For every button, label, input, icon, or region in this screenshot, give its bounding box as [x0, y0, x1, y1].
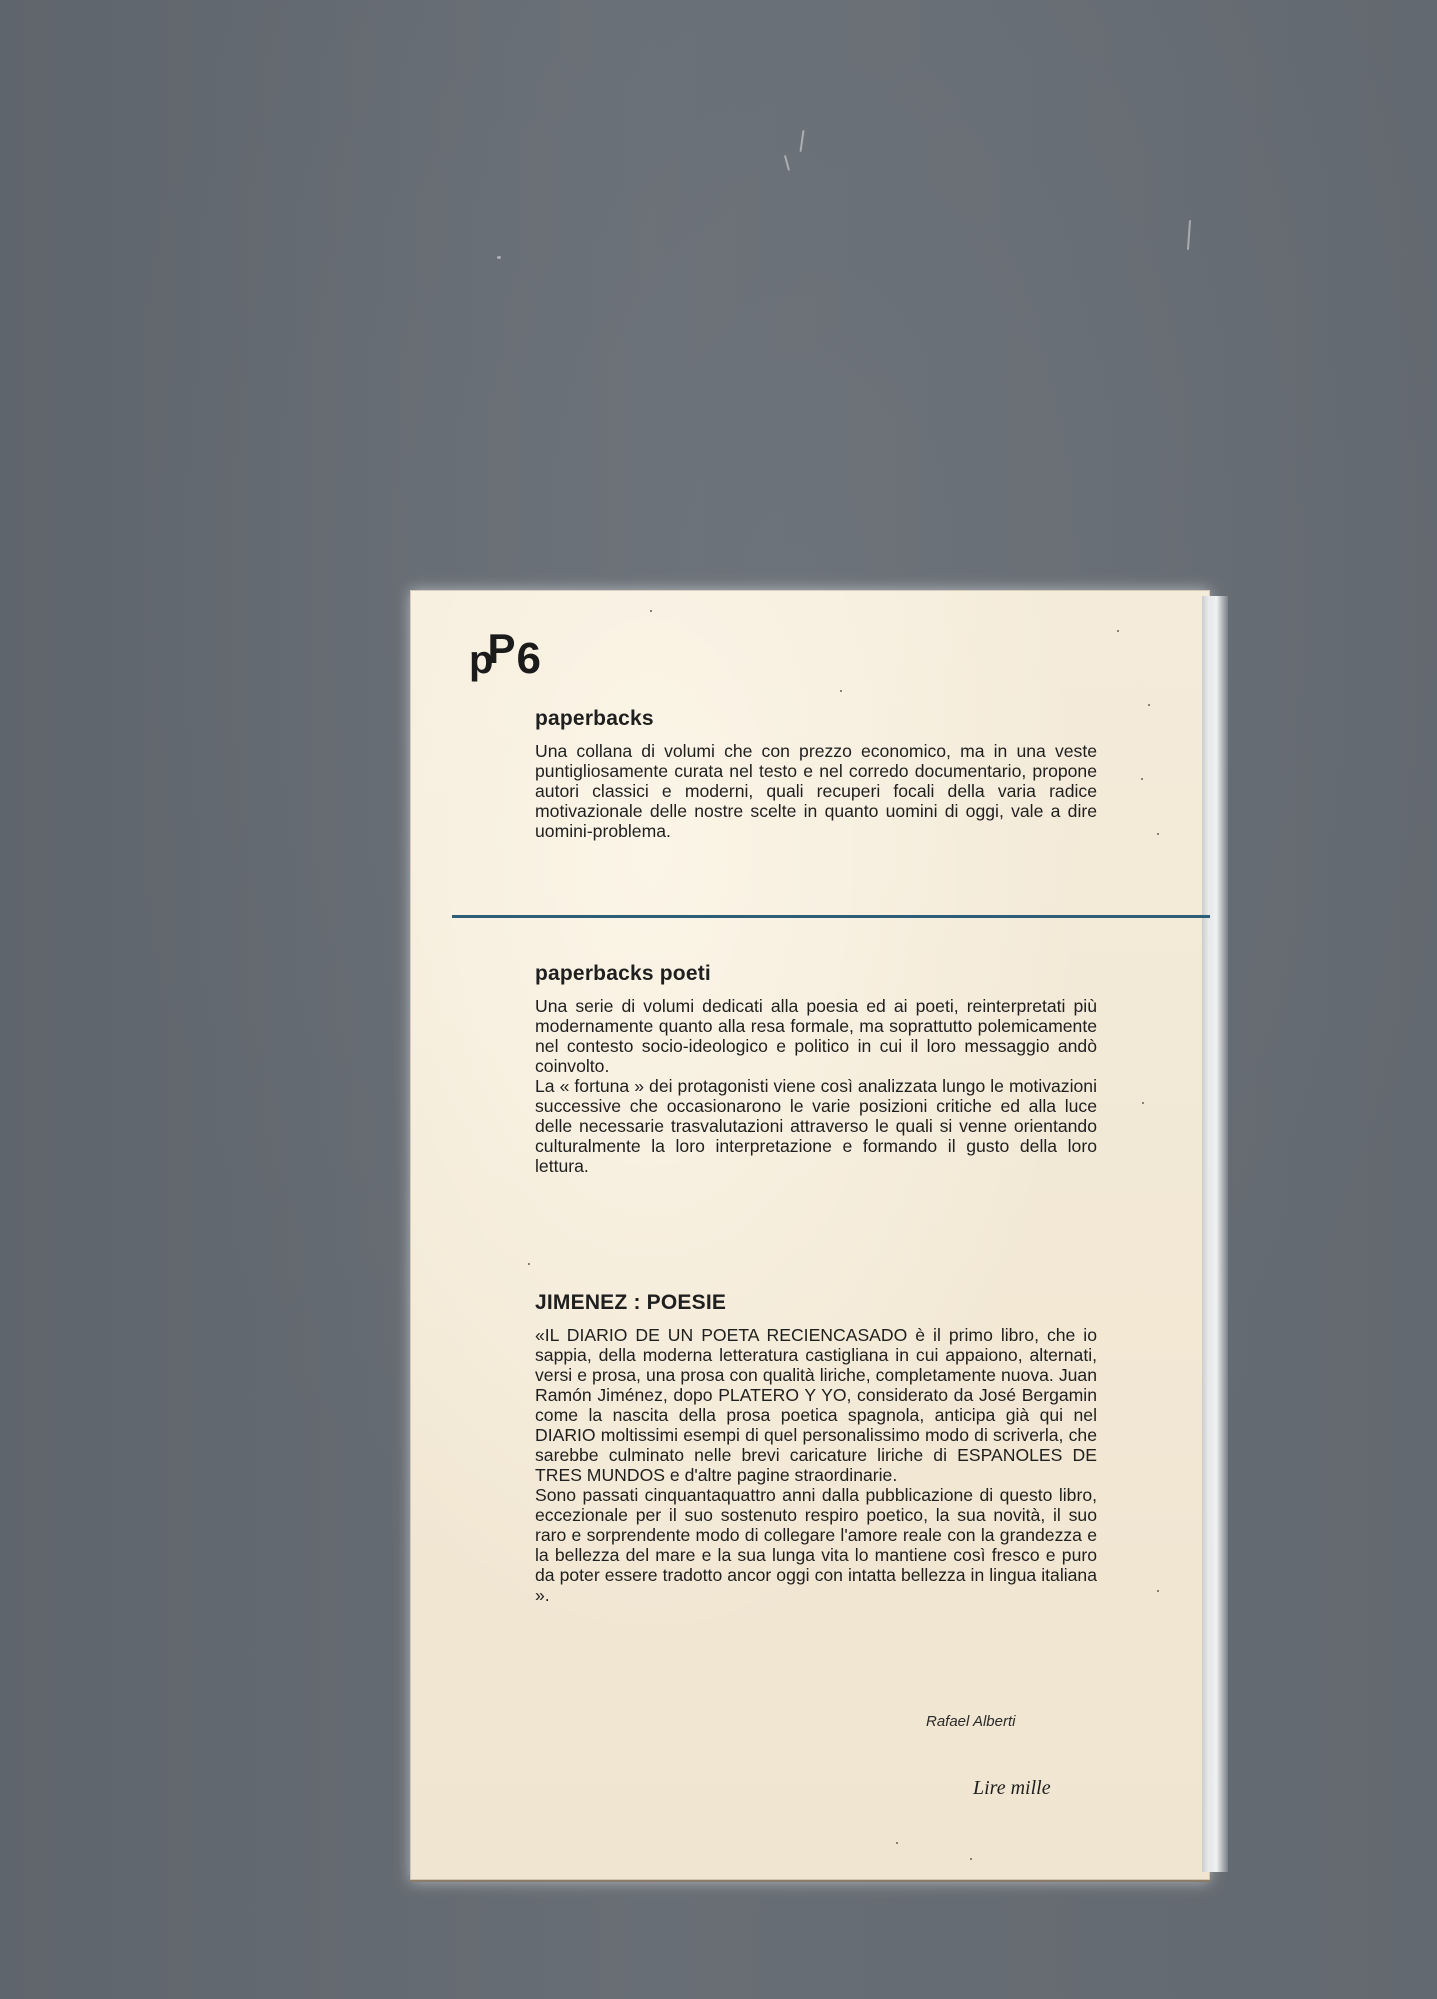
scan-scratch	[784, 155, 790, 171]
section-body: Una collana di volumi che con prezzo eco…	[535, 741, 1097, 841]
scan-scratch	[799, 130, 804, 152]
paper-speck	[1148, 704, 1150, 706]
paragraph: Sono passati cinquantaquattro anni dalla…	[535, 1485, 1097, 1605]
blurb-body: «IL DIARIO DE UN POETA RECIENCASADO è il…	[535, 1325, 1097, 1605]
paragraph: «IL DIARIO DE UN POETA RECIENCASADO è il…	[535, 1325, 1097, 1485]
section-paperbacks: paperbacks Una collana di volumi che con…	[535, 707, 1097, 841]
price-label: Lire mille	[973, 1777, 1051, 1800]
logo-uppercase-p: P	[487, 625, 515, 672]
paper-speck	[1157, 1590, 1159, 1592]
series-logo: pP6	[469, 637, 541, 681]
book-title: JIMENEZ : POESIE	[535, 1291, 1097, 1315]
paper-speck	[1141, 778, 1143, 780]
paper-speck	[650, 610, 652, 612]
section-heading: paperbacks	[535, 707, 1097, 731]
section-divider	[452, 915, 1210, 918]
paragraph: La « fortuna » dei protagonisti viene co…	[535, 1076, 1097, 1176]
scan-scratch	[497, 256, 501, 259]
paper-speck	[896, 1842, 898, 1844]
section-heading: paperbacks poeti	[535, 962, 1097, 986]
section-jimenez-poesie: JIMENEZ : POESIE «IL DIARIO DE UN POETA …	[535, 1291, 1097, 1605]
paper-speck	[1157, 833, 1159, 835]
logo-number: 6	[516, 634, 540, 683]
section-body: Una serie di volumi dedicati alla poesia…	[535, 996, 1097, 1176]
paper-speck	[840, 690, 842, 692]
scan-scratch	[1187, 220, 1191, 250]
quote-attribution: Rafael Alberti	[926, 1713, 1016, 1730]
paragraph: Una collana di volumi che con prezzo eco…	[535, 741, 1097, 841]
paper-speck	[1117, 630, 1119, 632]
book-edge	[1202, 596, 1228, 1872]
section-paperbacks-poeti: paperbacks poeti Una serie di volumi ded…	[535, 962, 1097, 1176]
paper-speck	[970, 1858, 972, 1860]
paper-speck	[528, 1263, 530, 1265]
paper-speck	[1142, 1102, 1144, 1104]
paragraph: Una serie di volumi dedicati alla poesia…	[535, 996, 1097, 1076]
